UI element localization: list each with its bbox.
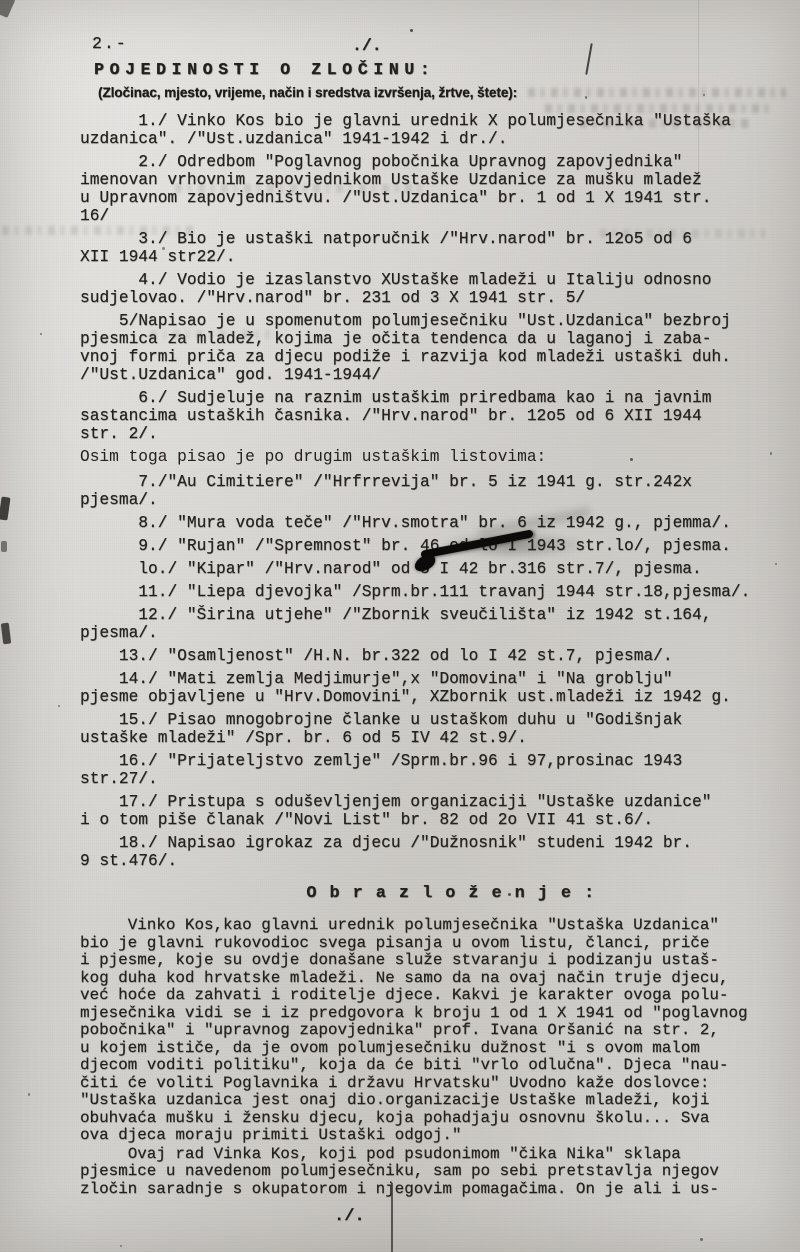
- crime-item-4: 4./ Vodio je izaslanstvo XUstaške mladež…: [80, 271, 774, 307]
- crime-item-3: 3./ Bio je ustaški natporučnik /"Hrv.nar…: [80, 230, 774, 266]
- crime-item-6: 6./ Sudjeluje na raznim ustaškim priredb…: [80, 389, 774, 443]
- crime-item-2: 2./ Odredbom "Poglavnog pobočnika Upravn…: [80, 153, 774, 225]
- continuation-mark-bottom: ./.: [334, 1207, 365, 1226]
- page-header-row: 2.- ./.: [80, 34, 774, 56]
- page-number: 2.-: [92, 34, 128, 53]
- explanation-heading: O b r a z l o ž e n j e :: [80, 884, 774, 903]
- ink-speck: [28, 1093, 30, 1096]
- crime-item-18: 18./ Napisao igrokaz za djecu /"Dužnosni…: [80, 834, 774, 870]
- ink-speck: [775, 563, 777, 565]
- scanned-document-page: 2.- ./. POJEDINOSTI O ZLOČINU: (Zločinac…: [0, 0, 800, 1252]
- ink-speck: [40, 333, 42, 335]
- margin-mark: [1, 541, 7, 552]
- crime-item-12: 12./ "Širina utjehe" /"Zbornik sveučiliš…: [80, 606, 774, 642]
- ink-speck: [58, 705, 60, 707]
- explanation-paragraph: Vinko Kos,kao glavni urednik polumjesečn…: [80, 917, 774, 1145]
- margin-mark: [0, 496, 11, 520]
- crime-item-5: 5/Napisao je u spomenutom polumjesečniku…: [80, 312, 774, 384]
- crime-item-17: 17./ Pristupa s oduševljenjem organizaci…: [80, 793, 774, 829]
- other-papers-note: Osim toga pisao je po drugim ustaškim li…: [80, 448, 774, 466]
- crime-item-15: 15./ Pisao mnogobrojne članke u ustaškom…: [80, 711, 774, 747]
- closing-paragraph: Ovaj rad Vinka Kos, koji pod psudonimom …: [80, 1146, 774, 1199]
- margin-mark: [1, 623, 11, 645]
- section-subtitle: (Zločinac, mjesto, vrijeme, način i sred…: [98, 85, 774, 100]
- crime-item-13: 13./ "Osamljenost" /H.N. br.322 od lo I …: [80, 647, 774, 665]
- crime-item-7: 7./"Au Cimitiere" /"Hrfrrevija" br. 5 iz…: [80, 473, 774, 509]
- continuation-mark-top: ./.: [352, 36, 382, 55]
- page-content: 2.- ./. POJEDINOSTI O ZLOČINU: (Zločinac…: [80, 34, 774, 1199]
- crime-item-11: 11./ "Liepa djevojka" /Sprm.br.111 trava…: [80, 583, 774, 601]
- crime-item-10: lo./ "Kipar" /"Hrv.narod" od 5 I 42 br.3…: [80, 560, 774, 578]
- crime-item-14: 14./ "Mati zemlja Medjimurje",x "Domovin…: [80, 670, 774, 706]
- crime-item-8: 8./ "Mura voda teče" /"Hrv.smotra" br. 6…: [80, 514, 774, 532]
- ink-speck: [410, 29, 413, 32]
- ink-speck: [120, 1245, 122, 1247]
- margin-mark: [0, 0, 15, 18]
- crime-item-9: 9./ "Rujan" /"Spremnost" br. 46 od lo I …: [80, 537, 774, 555]
- crime-item-1: 1./ Vinko Kos bio je glavni urednik X po…: [80, 112, 774, 148]
- crime-item-16: 16./ "Prijateljstvo zemlje" /Sprm.br.96 …: [80, 752, 774, 788]
- ink-speck: [700, 1238, 703, 1241]
- section-title-crime-details: POJEDINOSTI O ZLOČINU:: [94, 60, 774, 79]
